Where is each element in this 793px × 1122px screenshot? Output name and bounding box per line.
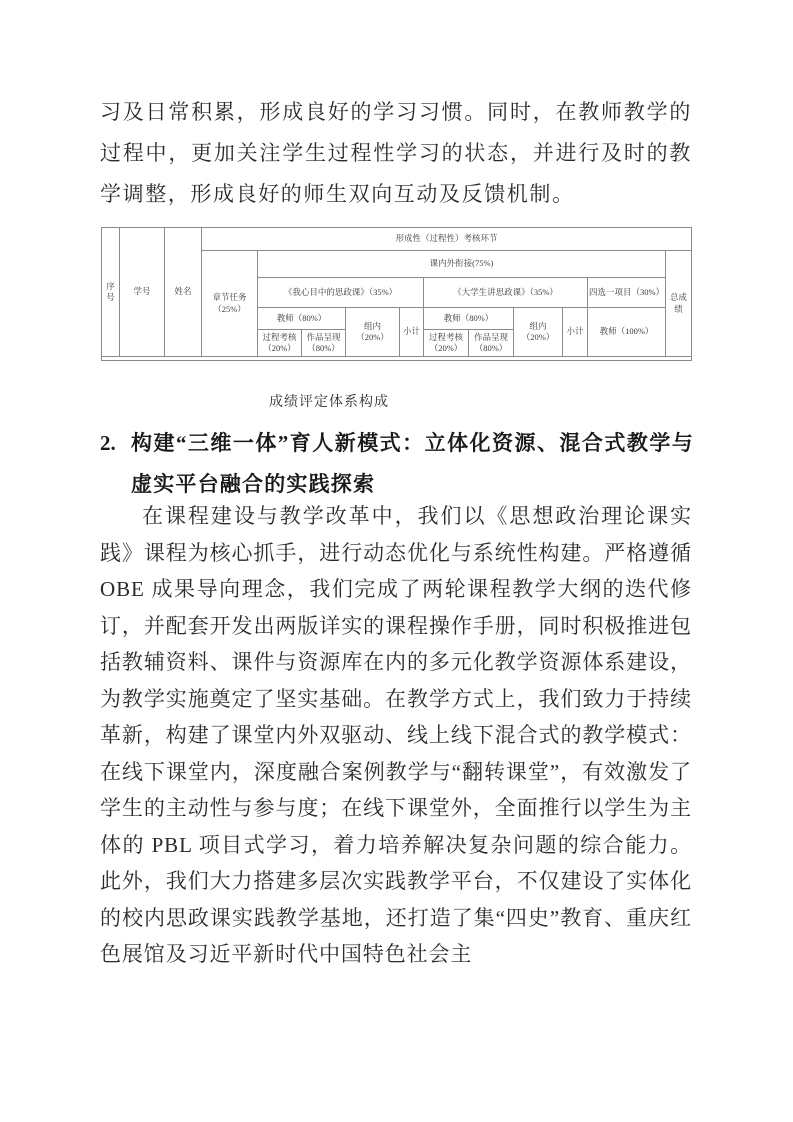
th-in-out-class: 课内外衔接(75%) <box>258 251 666 278</box>
table-row: 序号 学号 姓名 形成性（过程性）考核环节 <box>102 228 692 251</box>
th-process-assess-course1: 过程考核 （20%） <box>258 330 302 357</box>
th-chapter-task: 章节任务 （25%） <box>202 251 258 357</box>
grade-evaluation-table: 序号 学号 姓名 形成性（过程性）考核环节 章节任务 （25%） 课内外衔接(7… <box>101 227 692 361</box>
section-heading: 2. 构建“三维一体”育人新模式：立体化资源、混合式教学与虚实平台融合的实践探索 <box>100 423 694 505</box>
th-teacher80-course1: 教师（80%） <box>258 308 346 330</box>
th-subtotal-course1: 小计 <box>400 308 424 357</box>
th-project: 四选一项目（30%） <box>588 278 666 308</box>
th-work-present-course1: 作品呈现 （80%） <box>302 330 346 357</box>
th-group-inner-course2: 组内 （20%） <box>514 308 563 357</box>
th-course2: 《大学生讲思政课》（35%） <box>424 278 588 308</box>
paragraph-continuation: 习及日常积累，形成良好的学习习惯。同时，在教师教学的过程中，更加关注学生过程性学… <box>100 92 692 215</box>
th-course1: 《我心目中的思政课》（35%） <box>258 278 424 308</box>
empty-data-row <box>102 357 692 361</box>
table-caption: 成绩评定体系构成 <box>100 391 558 411</box>
section-number: 2. <box>100 423 131 505</box>
th-teacher80-course2: 教师（80%） <box>424 308 514 330</box>
body-paragraph: 在课程建设与教学改革中，我们以《思想政治理论课实践》课程为核心抓手，进行动态优化… <box>100 498 692 973</box>
th-seq-no: 序号 <box>102 228 120 357</box>
th-name: 姓名 <box>165 228 202 357</box>
th-group-inner-course1: 组内 （20%） <box>346 308 400 357</box>
document-page: 习及日常积累，形成良好的学习习惯。同时，在教师教学的过程中，更加关注学生过程性学… <box>0 0 793 1122</box>
th-formative-assessment: 形成性（过程性）考核环节 <box>202 228 692 251</box>
section-title: 构建“三维一体”育人新模式：立体化资源、混合式教学与虚实平台融合的实践探索 <box>131 423 694 505</box>
th-process-assess-course2: 过程考核 （20%） <box>424 330 469 357</box>
th-work-present-course2: 作品呈现 （80%） <box>469 330 514 357</box>
th-teacher100-project: 教师（100%） <box>588 308 666 357</box>
th-total-score: 总成绩 <box>666 251 692 357</box>
empty-data-cell <box>102 357 692 361</box>
th-student-id: 学号 <box>120 228 165 357</box>
th-subtotal-course2: 小计 <box>563 308 588 357</box>
